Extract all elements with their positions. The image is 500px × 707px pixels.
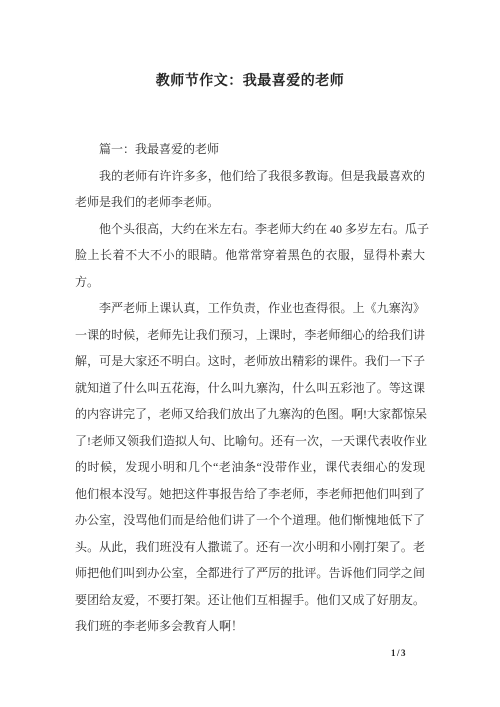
text-line: 脸上长着不大不小的眼睛。他常常穿着黑色的衣服，显得朴素大 — [75, 242, 425, 269]
text-line: 他们根本没写。她把这件事报告给了李老师，李老师把他们叫到了 — [75, 481, 425, 508]
document-page: 教师节作文：我最喜爱的老师 篇一：我最喜爱的老师我的老师有许许多多，他们给了我很… — [0, 0, 500, 707]
text-line: 头。从此，我们班没有人撒谎了。还有一次小明和小刚打架了。老 — [75, 534, 425, 561]
text-line: 我的老师有许许多多，他们给了我很多教诲。但是我最喜欢的 — [75, 163, 425, 190]
text-line: 师把他们叫到办公室，全都进行了严厉的批评。告诉他们同学之间 — [75, 560, 425, 587]
text-line: 一课的时候，老师先让我们预习，上课时，李老师细心的给我们讲 — [75, 322, 425, 349]
document-body: 篇一：我最喜爱的老师我的老师有许许多多，他们给了我很多教诲。但是我最喜欢的老师是… — [75, 136, 425, 640]
text-line: 李严老师上课认真，工作负责，作业也查得很。上《九寨沟》 — [75, 295, 425, 322]
text-line: 他个头很高，大约在米左右。李老师大约在 40 多岁左右。瓜子 — [75, 216, 425, 243]
text-line: 的时候，发现小明和几个“老油条“没带作业，课代表细心的发现 — [75, 454, 425, 481]
text-line: 我们班的李老师多会教育人啊！ — [75, 613, 425, 640]
text-line: 办公室，没骂他们而是给他们讲了一个个道理。他们惭愧地低下了 — [75, 507, 425, 534]
text-line: 的内容讲完了，老师又给我们放出了九寨沟的色图。啊!大家都惊呆 — [75, 401, 425, 428]
page-number: 1/3 — [391, 648, 407, 658]
text-line: 老师是我们的老师李老师。 — [75, 189, 425, 216]
text-line: 方。 — [75, 269, 425, 296]
text-line: 要团给友爱，不要打架。还让他们互相握手。他们又成了好朋友。 — [75, 587, 425, 614]
page-title: 教师节作文：我最喜爱的老师 — [0, 72, 500, 92]
text-line: 了!老师又领我们造拟人句、比喻句。还有一次，一天课代表收作业 — [75, 428, 425, 455]
text-line: 就知道了什么叫五花海，什么叫九寨沟，什么叫五彩池了。等这课 — [75, 375, 425, 402]
text-line: 解，可是大家还不明白。这时，老师放出精彩的课件。我们一下子 — [75, 348, 425, 375]
text-line: 篇一：我最喜爱的老师 — [75, 136, 425, 163]
